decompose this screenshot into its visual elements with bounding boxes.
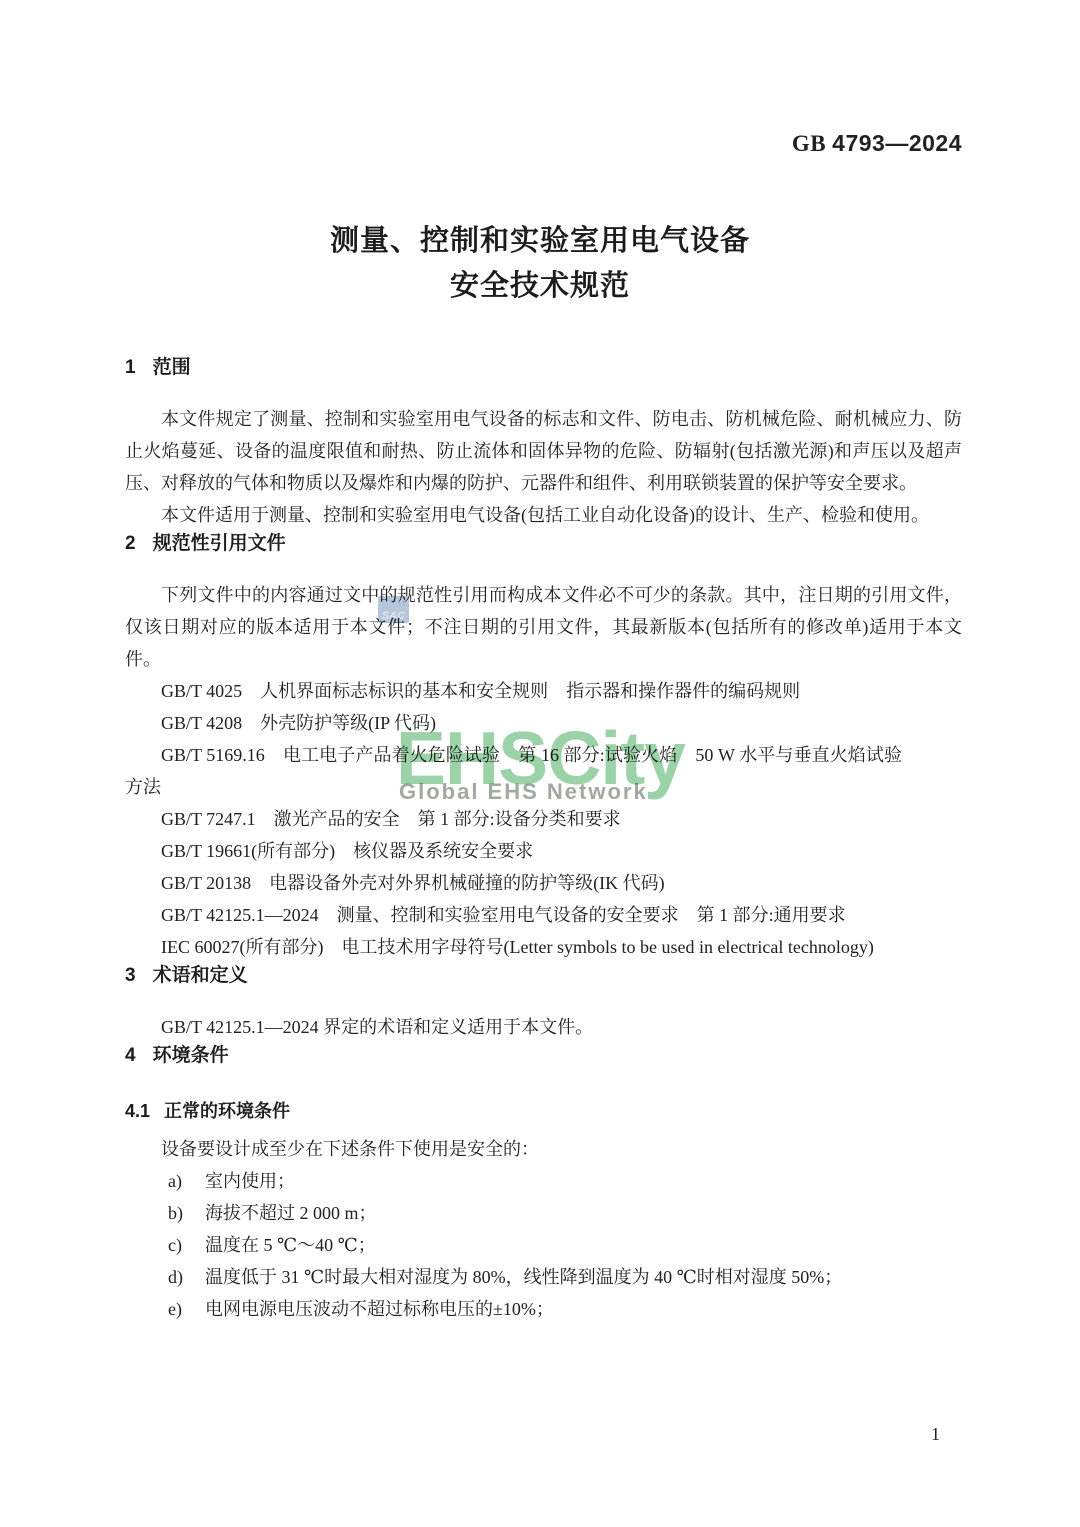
reference-item: GB/T 19661(所有部分) 核仪器及系统安全要求 [125,835,962,867]
document-title-line2: 安全技术规范 [0,264,1080,309]
list-item-label: c) [168,1229,205,1261]
list-item-text: 海拔不超过 2 000 m； [205,1203,377,1223]
standard-code: GB4793—2024 [792,130,962,157]
list-item-text: 温度低于 31 ℃时最大相对湿度为 80%，线性降到温度为 40 ℃时相对湿度 … [205,1267,842,1287]
document-title-line1: 测量、控制和实验室用电气设备 [0,219,1080,264]
list-item-text: 室内使用； [205,1171,295,1191]
reference-item: GB/T 20138 电器设备外壳对外界机械碰撞的防护等级(IK 代码) [125,867,962,899]
section-label: 规范性引用文件 [153,533,286,554]
list-item: a)室内使用； [125,1165,962,1197]
list-item: d)温度低于 31 ℃时最大相对湿度为 80%，线性降到温度为 40 ℃时相对湿… [125,1261,962,1293]
terms-paragraph: GB/T 42125.1—2024 界定的术语和定义适用于本文件。 [125,1011,962,1043]
list-item: b)海拔不超过 2 000 m； [125,1197,962,1229]
list-item-label: e) [168,1293,205,1325]
list-item-label: a) [168,1165,205,1197]
standard-code-prefix: GB [792,131,826,156]
subsection-heading-env-normal: 4.1正常的环境条件 [125,1099,962,1123]
document-body: 1范围 本文件规定了测量、控制和实验室用电气设备的标志和文件、防电击、防机械危险… [125,355,962,1325]
reference-item: GB/T 5169.16 电工电子产品着火危险试验 第 16 部分:试验火焰 5… [125,739,962,803]
subsection-number: 4.1 [125,1101,150,1121]
section-number: 4 [125,1045,136,1066]
section-heading-terms: 3术语和定义 [125,963,962,989]
document-page: GB4793—2024 测量、控制和实验室用电气设备 安全技术规范 1范围 本文… [0,0,1080,1527]
document-title: 测量、控制和实验室用电气设备 安全技术规范 [0,219,1080,309]
reference-item: IEC 60027(所有部分) 电工技术用字母符号(Letter symbols… [125,931,962,963]
list-item-label: b) [168,1197,205,1229]
reference-item: GB/T 4025 人机界面标志标识的基本和安全规则 指示器和操作器件的编码规则 [125,675,962,707]
reference-item: GB/T 7247.1 激光产品的安全 第 1 部分:设备分类和要求 [125,803,962,835]
list-item-text: 电网电源电压波动不超过标称电压的±10%； [205,1299,554,1319]
section-heading-env: 4环境条件 [125,1043,962,1069]
section-label: 范围 [153,357,191,378]
reference-item: GB/T 4208 外壳防护等级(IP 代码) [125,707,962,739]
subsection-label: 正常的环境条件 [164,1101,290,1121]
section-number: 1 [125,357,136,378]
section-heading-scope: 1范围 [125,355,962,381]
list-item: c)温度在 5 ℃～40 ℃； [125,1229,962,1261]
list-item-label: d) [168,1261,205,1293]
list-item: e)电网电源电压波动不超过标称电压的±10%； [125,1293,962,1325]
env-normal-intro: 设备要设计成至少在下述条件下使用是安全的： [125,1133,962,1165]
refs-intro-paragraph: 下列文件中的内容通过文中的规范性引用而构成本文件必不可少的条款。其中，注日期的引… [125,579,962,675]
scope-paragraph-1: 本文件规定了测量、控制和实验室用电气设备的标志和文件、防电击、防机械危险、耐机械… [125,403,962,499]
list-item-text: 温度在 5 ℃～40 ℃； [205,1235,376,1255]
scope-paragraph-2: 本文件适用于测量、控制和实验室用电气设备(包括工业自动化设备)的设计、生产、检验… [125,499,962,531]
section-heading-refs: 2规范性引用文件 [125,531,962,557]
page-number: 1 [931,1424,940,1445]
section-label: 术语和定义 [153,965,248,986]
section-number: 3 [125,965,136,986]
standard-code-number: 4793—2024 [832,130,962,156]
section-label: 环境条件 [153,1045,229,1066]
reference-item: GB/T 42125.1—2024 测量、控制和实验室用电气设备的安全要求 第 … [125,899,962,931]
section-number: 2 [125,533,136,554]
